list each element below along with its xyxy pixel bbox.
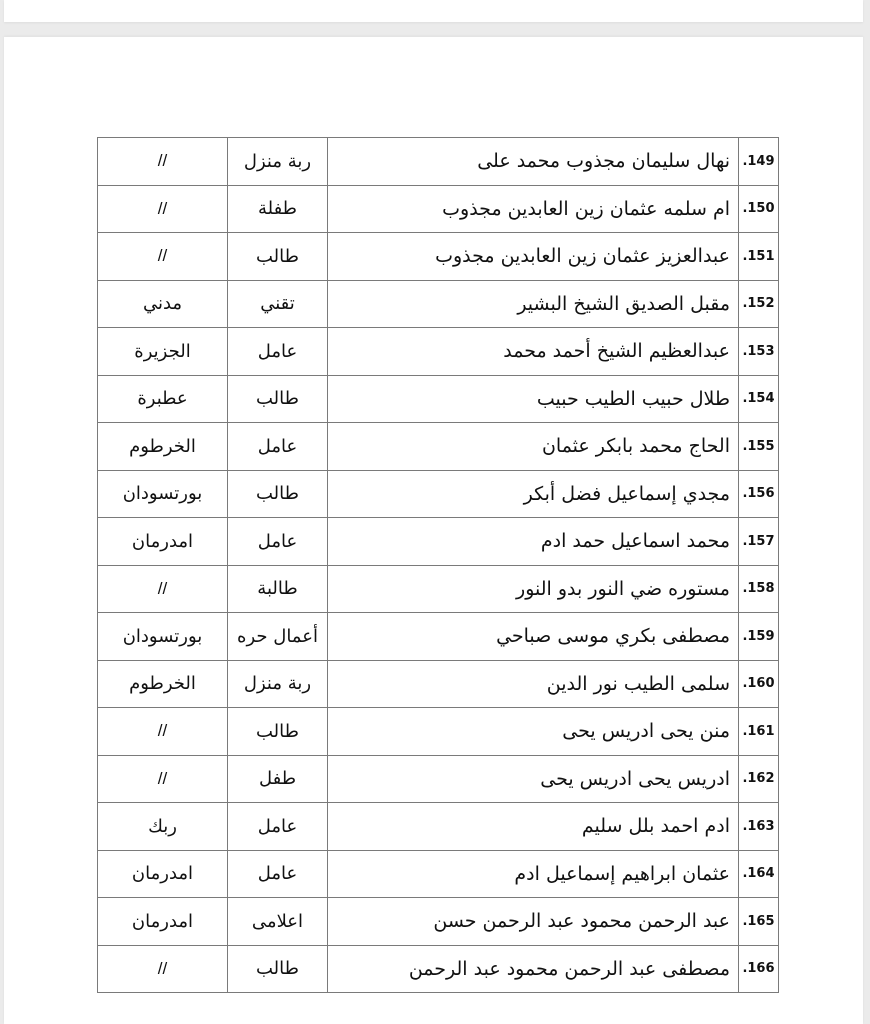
person-name: عبدالعظيم الشيخ أحمد محمد [328, 328, 739, 376]
location: بورتسودان [98, 613, 228, 661]
table-row: .160سلمى الطيب نور الدينربة منزلالخرطوم [98, 660, 779, 708]
roster-table-body: .149نهال سليمان مجذوب محمد علىربة منزل//… [98, 138, 779, 993]
row-number: .154 [739, 375, 779, 423]
row-number: .158 [739, 565, 779, 613]
location: عطبرة [98, 375, 228, 423]
row-number: .150 [739, 185, 779, 233]
table-row: .163ادم احمد بلل سليمعاملربك [98, 803, 779, 851]
table-row: .166مصطفى عبد الرحمن محمود عبد الرحمنطال… [98, 945, 779, 993]
person-name: عبد الرحمن محمود عبد الرحمن حسن [328, 898, 739, 946]
occupation: تقني [228, 280, 328, 328]
occupation: عامل [228, 328, 328, 376]
occupation: طالب [228, 945, 328, 993]
location: ربك [98, 803, 228, 851]
row-number: .162 [739, 755, 779, 803]
roster-table: .149نهال سليمان مجذوب محمد علىربة منزل//… [97, 137, 779, 993]
occupation: طالب [228, 233, 328, 281]
occupation: ربة منزل [228, 660, 328, 708]
person-name: محمد اسماعيل حمد ادم [328, 518, 739, 566]
person-name: مصطفى عبد الرحمن محمود عبد الرحمن [328, 945, 739, 993]
row-number: .159 [739, 613, 779, 661]
table-row: .154طلال حبيب الطيب حبيبطالبعطبرة [98, 375, 779, 423]
table-row: .165عبد الرحمن محمود عبد الرحمن حسناعلام… [98, 898, 779, 946]
occupation: طالب [228, 470, 328, 518]
location: الجزيرة [98, 328, 228, 376]
location: // [98, 708, 228, 756]
person-name: عثمان ابراهيم إسماعيل ادم [328, 850, 739, 898]
table-row: .157محمد اسماعيل حمد ادمعاملامدرمان [98, 518, 779, 566]
occupation: أعمال حره [228, 613, 328, 661]
person-name: ادريس يحى ادريس يحى [328, 755, 739, 803]
table-row: .153عبدالعظيم الشيخ أحمد محمدعاملالجزيرة [98, 328, 779, 376]
table-row: .161منن يحى ادريس يحىطالب// [98, 708, 779, 756]
location: امدرمان [98, 850, 228, 898]
person-name: مقبل الصديق الشيخ البشير [328, 280, 739, 328]
location: مدني [98, 280, 228, 328]
row-number: .155 [739, 423, 779, 471]
row-number: .149 [739, 138, 779, 186]
person-name: منن يحى ادريس يحى [328, 708, 739, 756]
location: // [98, 755, 228, 803]
person-name: مستوره ضي النور بدو النور [328, 565, 739, 613]
table-row: .149نهال سليمان مجذوب محمد علىربة منزل// [98, 138, 779, 186]
person-name: سلمى الطيب نور الدين [328, 660, 739, 708]
row-number: .152 [739, 280, 779, 328]
location: امدرمان [98, 898, 228, 946]
table-row: .152مقبل الصديق الشيخ البشيرتقنيمدني [98, 280, 779, 328]
row-number: .165 [739, 898, 779, 946]
location: // [98, 233, 228, 281]
row-number: .156 [739, 470, 779, 518]
occupation: طفل [228, 755, 328, 803]
row-number: .157 [739, 518, 779, 566]
occupation: طالب [228, 375, 328, 423]
person-name: نهال سليمان مجذوب محمد على [328, 138, 739, 186]
location: الخرطوم [98, 423, 228, 471]
location: // [98, 565, 228, 613]
occupation: عامل [228, 518, 328, 566]
location: امدرمان [98, 518, 228, 566]
occupation: طالب [228, 708, 328, 756]
table-row: .159مصطفى بكري موسى صباحيأعمال حرهبورتسو… [98, 613, 779, 661]
person-name: طلال حبيب الطيب حبيب [328, 375, 739, 423]
row-number: .161 [739, 708, 779, 756]
occupation: اعلامى [228, 898, 328, 946]
table-row: .164عثمان ابراهيم إسماعيل ادمعاملامدرمان [98, 850, 779, 898]
occupation: عامل [228, 423, 328, 471]
location: // [98, 945, 228, 993]
previous-page-edge [4, 0, 863, 22]
row-number: .163 [739, 803, 779, 851]
location: بورتسودان [98, 470, 228, 518]
table-row: .156مجدي إسماعيل فضل أبكرطالببورتسودان [98, 470, 779, 518]
location: الخرطوم [98, 660, 228, 708]
person-name: ام سلمه عثمان زين العابدين مجذوب [328, 185, 739, 233]
occupation: ربة منزل [228, 138, 328, 186]
occupation: طالبة [228, 565, 328, 613]
person-name: عبدالعزيز عثمان زين العابدين مجذوب [328, 233, 739, 281]
row-number: .164 [739, 850, 779, 898]
table-row: .162ادريس يحى ادريس يحىطفل// [98, 755, 779, 803]
table-row: .150ام سلمه عثمان زين العابدين مجذوبطفلة… [98, 185, 779, 233]
table-row: .151عبدالعزيز عثمان زين العابدين مجذوبطا… [98, 233, 779, 281]
person-name: ادم احمد بلل سليم [328, 803, 739, 851]
location: // [98, 185, 228, 233]
row-number: .153 [739, 328, 779, 376]
table-row: .155الحاج محمد بابكر عثمانعاملالخرطوم [98, 423, 779, 471]
table-row: .158مستوره ضي النور بدو النورطالبة// [98, 565, 779, 613]
occupation: عامل [228, 803, 328, 851]
row-number: .160 [739, 660, 779, 708]
occupation: عامل [228, 850, 328, 898]
person-name: الحاج محمد بابكر عثمان [328, 423, 739, 471]
occupation: طفلة [228, 185, 328, 233]
location: // [98, 138, 228, 186]
document-page: .149نهال سليمان مجذوب محمد علىربة منزل//… [4, 37, 863, 1024]
row-number: .151 [739, 233, 779, 281]
row-number: .166 [739, 945, 779, 993]
person-name: مصطفى بكري موسى صباحي [328, 613, 739, 661]
person-name: مجدي إسماعيل فضل أبكر [328, 470, 739, 518]
